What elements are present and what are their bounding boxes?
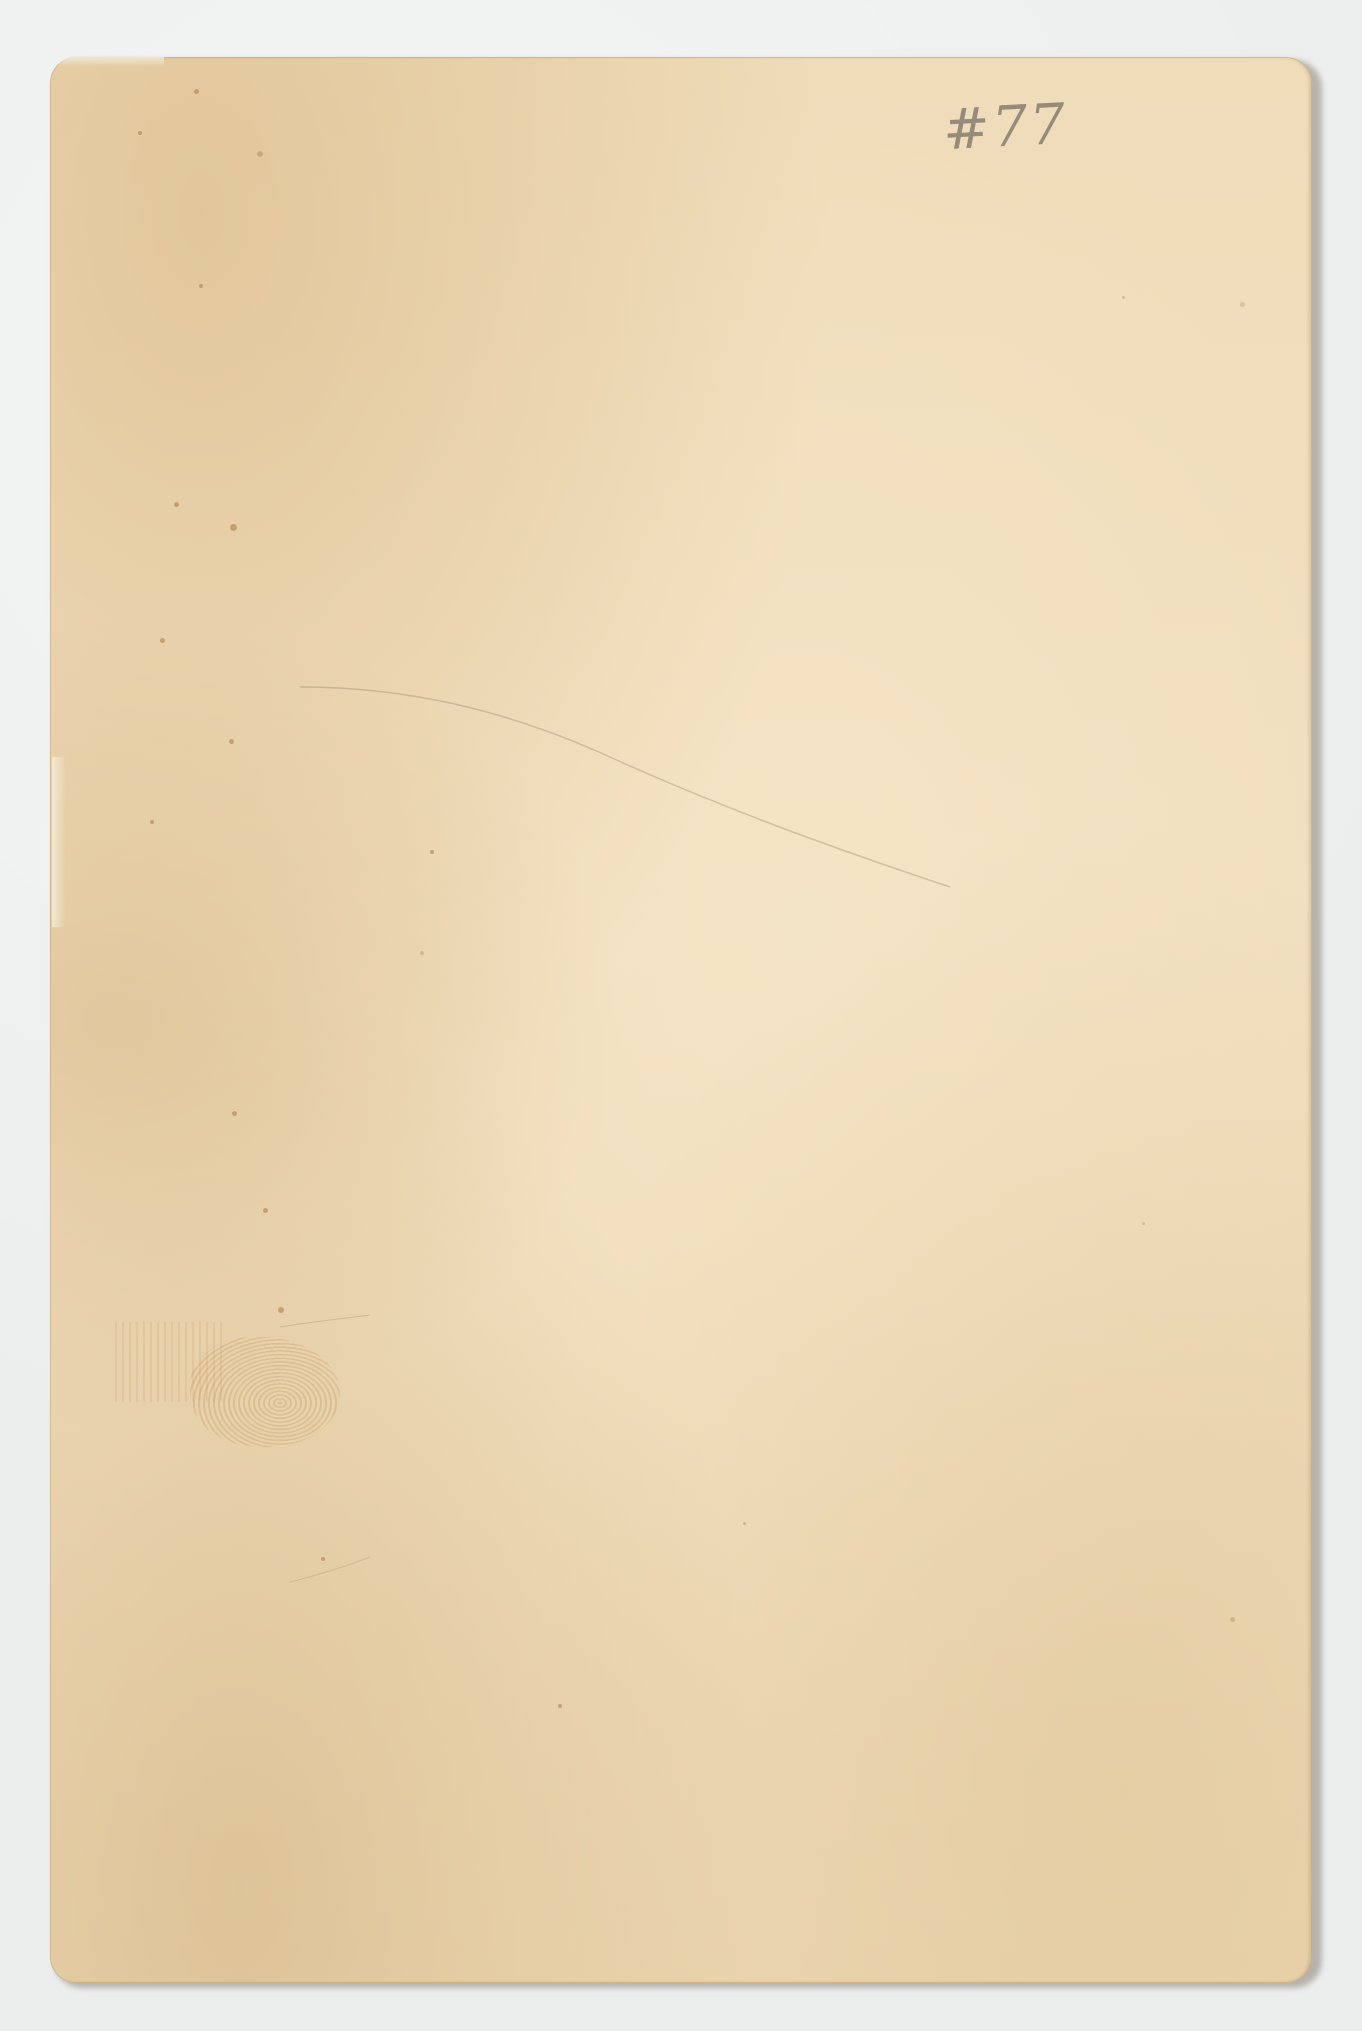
- foxing-spot: [150, 820, 154, 824]
- foxing-spot: [263, 1208, 268, 1213]
- foxing-spot: [160, 638, 165, 643]
- fingerprint-stain: [190, 1337, 340, 1447]
- foxing-spot: [138, 131, 142, 135]
- corner-wear: [54, 57, 164, 67]
- foxing-spot: [1230, 1617, 1235, 1622]
- foxing-spot: [1240, 302, 1245, 307]
- foxing-spot: [1122, 296, 1125, 299]
- foxing-spot: [743, 1522, 746, 1525]
- handwritten-number: #77: [941, 92, 1068, 163]
- foxing-spot: [278, 1307, 284, 1313]
- foxing-spot: [232, 1111, 237, 1116]
- pencil-scratch-line: [50, 57, 1312, 1983]
- cabinet-card-back: #77: [50, 57, 1312, 1983]
- foxing-spot: [230, 524, 237, 531]
- foxing-spot: [321, 1557, 325, 1561]
- edge-wear: [52, 757, 66, 927]
- foxing-spot: [174, 502, 179, 507]
- foxing-spot: [558, 1704, 562, 1708]
- foxing-spot: [257, 151, 263, 157]
- foxing-spot: [229, 739, 234, 744]
- foxing-spot: [420, 951, 424, 955]
- foxing-spot: [194, 89, 199, 94]
- foxing-spot: [1142, 1222, 1145, 1225]
- foxing-spot: [199, 284, 203, 288]
- foxing-spot: [430, 850, 434, 854]
